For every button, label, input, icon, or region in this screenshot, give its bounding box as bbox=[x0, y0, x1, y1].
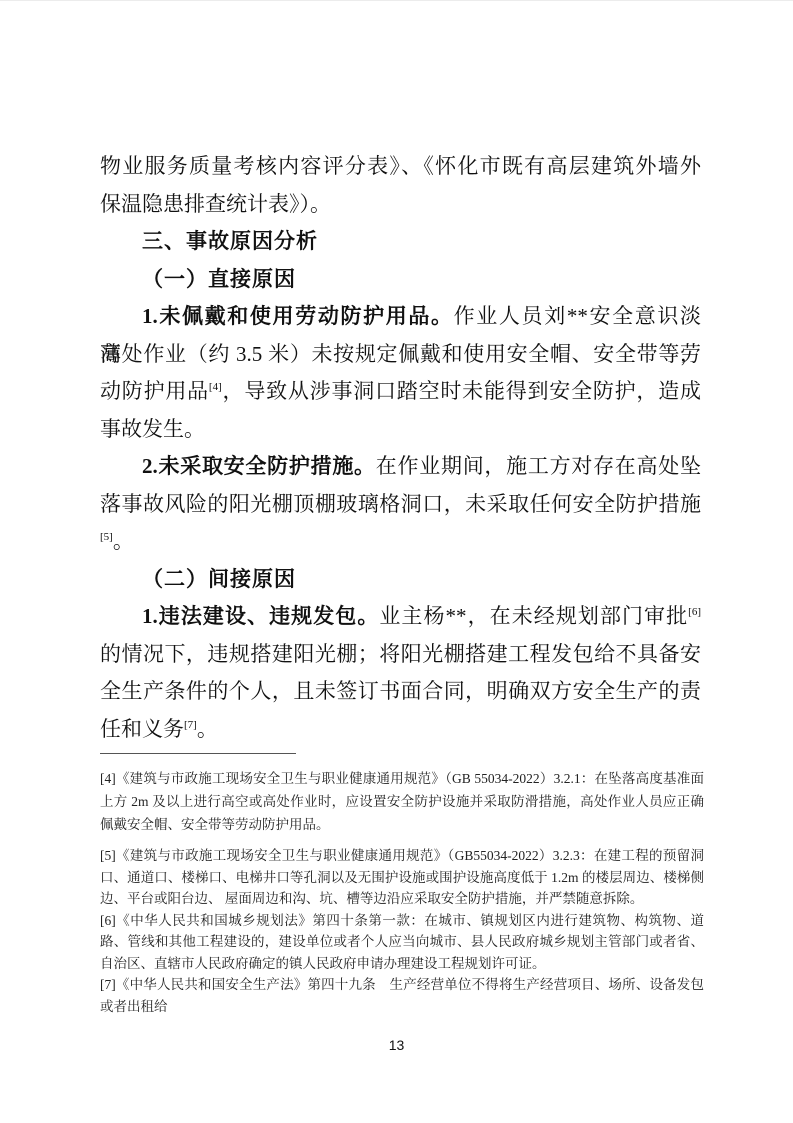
body-line-text: 。 bbox=[197, 717, 218, 741]
body-line-text: 落事故风险的阳光棚顶棚玻璃格洞口，未采取任何安全防护措施 bbox=[100, 492, 701, 516]
body-line-text: 高处作业（约 3.5 米）未按规定佩戴和使用安全帽、安全带等劳 bbox=[100, 342, 701, 366]
paragraph-indirect-cause-1-line-2: 的情况下，违规搭建阳光棚；将阳光棚搭建工程发包给不具备安 bbox=[100, 636, 701, 674]
footnote-separator-rule bbox=[100, 753, 296, 754]
paragraph-direct-cause-2-line-2: 落事故风险的阳光棚顶棚玻璃格洞口，未采取任何安全防护措施 bbox=[100, 486, 701, 524]
paragraph-continuation-line-1: 物业服务质量考核内容评分表》、《怀化市既有高层建筑外墙外 bbox=[100, 148, 701, 186]
body-line-text: 。 bbox=[113, 529, 134, 553]
footnote-reference-4: [4] bbox=[209, 381, 222, 393]
section-heading-text: 三、事故原因分析 bbox=[142, 230, 318, 253]
footnote-reference-7: [7] bbox=[184, 719, 197, 731]
body-line-text: 保温隐患排查统计表》）。 bbox=[100, 192, 331, 216]
footnote-7: [7]《中华人民共和国安全生产法》第四十九条 生产经营单位不得将生产经营项目、场… bbox=[100, 974, 704, 1017]
page-number: 13 bbox=[0, 1037, 793, 1053]
sub-heading-direct-cause: （一）直接原因 bbox=[100, 261, 701, 299]
sub-heading-indirect-cause: （二）间接原因 bbox=[100, 561, 701, 599]
body-line-text: 的情况下，违规搭建阳光棚；将阳光棚搭建工程发包给不具备安 bbox=[100, 642, 701, 666]
paragraph-direct-cause-1-line-4: 事故发生。 bbox=[100, 411, 701, 449]
paragraph-direct-cause-1-line-2: 高处作业（约 3.5 米）未按规定佩戴和使用安全帽、安全带等劳 bbox=[100, 336, 701, 374]
paragraph-continuation-line-2: 保温隐患排查统计表》）。 bbox=[100, 186, 701, 224]
footnote-4: [4]《建筑与市政施工现场安全卫生与职业健康通用规范》（GB 55034-202… bbox=[100, 767, 704, 836]
footnote-reference-6: [6] bbox=[688, 606, 701, 618]
footnote-5: [5]《建筑与市政施工现场安全卫生与职业健康通用规范》（GB55034-2022… bbox=[100, 845, 704, 910]
paragraph-lead-bold: 1.未佩戴和使用劳动防护用品。 bbox=[142, 304, 454, 328]
sub-heading-text: （二）间接原因 bbox=[142, 568, 296, 591]
body-line-text: ，导致从涉事洞口踏空时未能得到安全防护，造成 bbox=[222, 379, 701, 403]
paragraph-lead-bold: 1.违法建设、违规发包。 bbox=[142, 604, 379, 628]
paragraph-direct-cause-1-line-3: 动防护用品[4]，导致从涉事洞口踏空时未能得到安全防护，造成 bbox=[100, 373, 701, 411]
body-line-text: 全生产条件的个人，且未签订书面合同，明确双方安全生产的责 bbox=[100, 679, 701, 703]
sub-heading-text: （一）直接原因 bbox=[142, 268, 296, 291]
section-heading-cause-analysis: 三、事故原因分析 bbox=[100, 223, 701, 261]
body-line-text: 任和义务 bbox=[100, 717, 184, 741]
footnote-reference-5: [5] bbox=[100, 531, 113, 543]
footnotes-section: [4]《建筑与市政施工现场安全卫生与职业健康通用规范》（GB 55034-202… bbox=[100, 767, 704, 1017]
paragraph-indirect-cause-1-line-3: 全生产条件的个人，且未签订书面合同，明确双方安全生产的责 bbox=[100, 673, 701, 711]
paragraph-lead-bold: 2.未采取安全防护措施。 bbox=[142, 454, 376, 478]
body-line-text: 动防护用品 bbox=[100, 379, 209, 403]
paragraph-indirect-cause-1-line-4: 任和义务[7]。 bbox=[100, 711, 701, 749]
body-line-text: 在作业期间，施工方对存在高处坠 bbox=[376, 454, 701, 478]
body-line-text: 业主杨**，在未经规划部门审批 bbox=[379, 604, 688, 628]
body-line-text: 事故发生。 bbox=[100, 417, 205, 441]
document-page: 物业服务质量考核内容评分表》、《怀化市既有高层建筑外墙外 保温隐患排查统计表》）… bbox=[0, 0, 793, 1123]
body-line-text: 物业服务质量考核内容评分表》、《怀化市既有高层建筑外墙外 bbox=[100, 154, 701, 178]
paragraph-direct-cause-1-line-1: 1.未佩戴和使用劳动防护用品。作业人员刘**安全意识淡薄， bbox=[100, 298, 701, 336]
paragraph-direct-cause-2-line-3: [5]。 bbox=[100, 523, 701, 561]
footnote-6: [6]《中华人民共和国城乡规划法》第四十条第一款：在城市、镇规划区内进行建筑物、… bbox=[100, 910, 704, 975]
paragraph-indirect-cause-1-line-1: 1.违法建设、违规发包。业主杨**，在未经规划部门审批[6] bbox=[100, 598, 701, 636]
paragraph-direct-cause-2-line-1: 2.未采取安全防护措施。在作业期间，施工方对存在高处坠 bbox=[100, 448, 701, 486]
body-text: 物业服务质量考核内容评分表》、《怀化市既有高层建筑外墙外 保温隐患排查统计表》）… bbox=[100, 148, 701, 748]
